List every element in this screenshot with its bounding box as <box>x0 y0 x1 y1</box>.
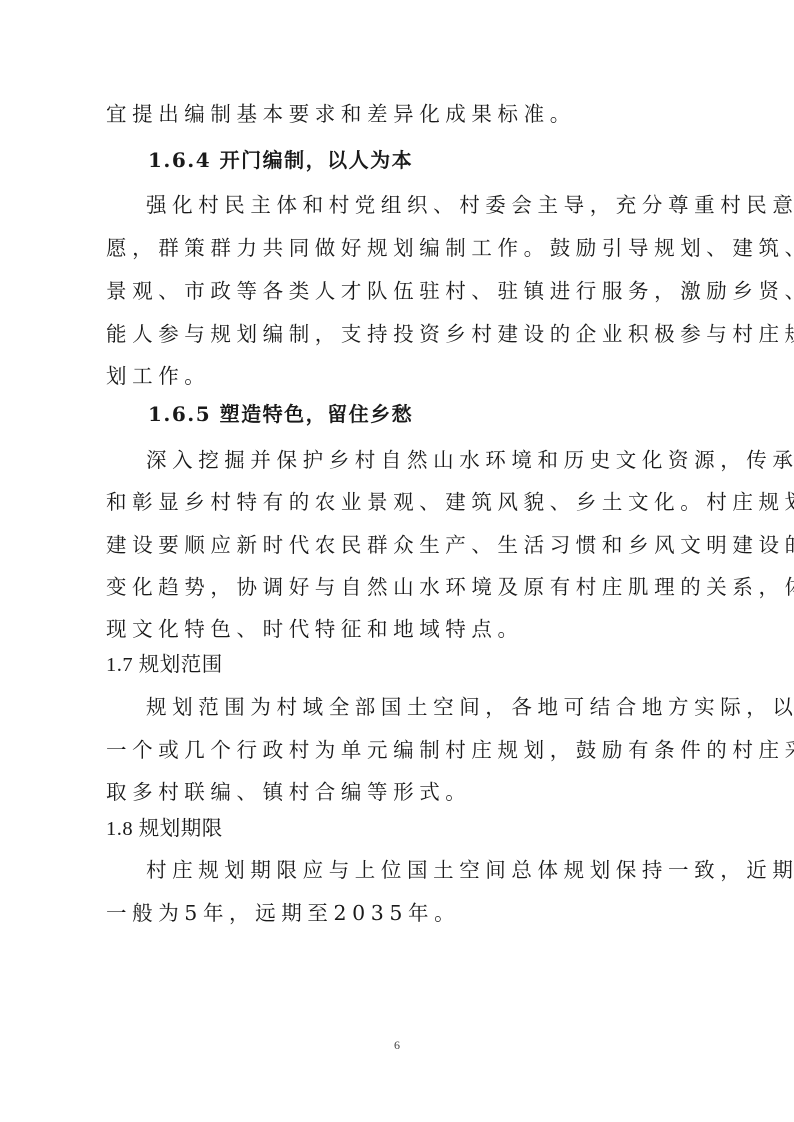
paragraph-line: 能人参与规划编制，支持投资乡村建设的企业积极参与村庄规 <box>106 324 794 345</box>
paragraph-line: 强化村民主体和村党组织、村委会主导，充分尊重村民意 <box>146 195 794 216</box>
section-heading-1-6-4: 1.6.4 开门编制，以人为本 <box>148 150 413 170</box>
paragraph-line: 一个或几个行政村为单元编制村庄规划，鼓励有条件的村庄采 <box>106 740 794 761</box>
paragraph-line: 村庄规划期限应与上位国土空间总体规划保持一致，近期 <box>146 860 794 881</box>
page-number: 6 <box>0 1038 794 1053</box>
paragraph-line: 划工作。 <box>106 366 210 387</box>
paragraph-line: 规划范围为村域全部国土空间，各地可结合地方实际，以 <box>146 697 794 718</box>
section-heading-1-7: 1.7 规划范围 <box>106 655 223 676</box>
paragraph-line: 景观、市政等各类人才队伍驻村、驻镇进行服务，激励乡贤、 <box>106 281 794 302</box>
paragraph-line: 一般为5年，远期至2035年。 <box>106 903 460 924</box>
paragraph-line: 和彰显乡村特有的农业景观、建筑风貌、乡土文化。村庄规划 <box>106 492 794 513</box>
paragraph-line: 现文化特色、时代特征和地域特点。 <box>106 619 524 640</box>
section-heading-1-8: 1.8 规划期限 <box>106 819 223 840</box>
paragraph-line: 深入挖掘并保护乡村自然山水环境和历史文化资源，传承 <box>146 450 794 471</box>
paragraph-line: 宜提出编制基本要求和差异化成果标准。 <box>106 104 576 125</box>
paragraph-line: 愿，群策群力共同做好规划编制工作。鼓励引导规划、建筑、 <box>106 238 794 259</box>
section-heading-1-6-5: 1.6.5 塑造特色，留住乡愁 <box>148 404 413 424</box>
paragraph-line: 取多村联编、镇村合编等形式。 <box>106 782 471 803</box>
paragraph-line: 变化趋势，协调好与自然山水环境及原有村庄肌理的关系，体 <box>106 577 794 598</box>
paragraph-line: 建设要顺应新时代农民群众生产、生活习惯和乡风文明建设的 <box>106 535 794 556</box>
